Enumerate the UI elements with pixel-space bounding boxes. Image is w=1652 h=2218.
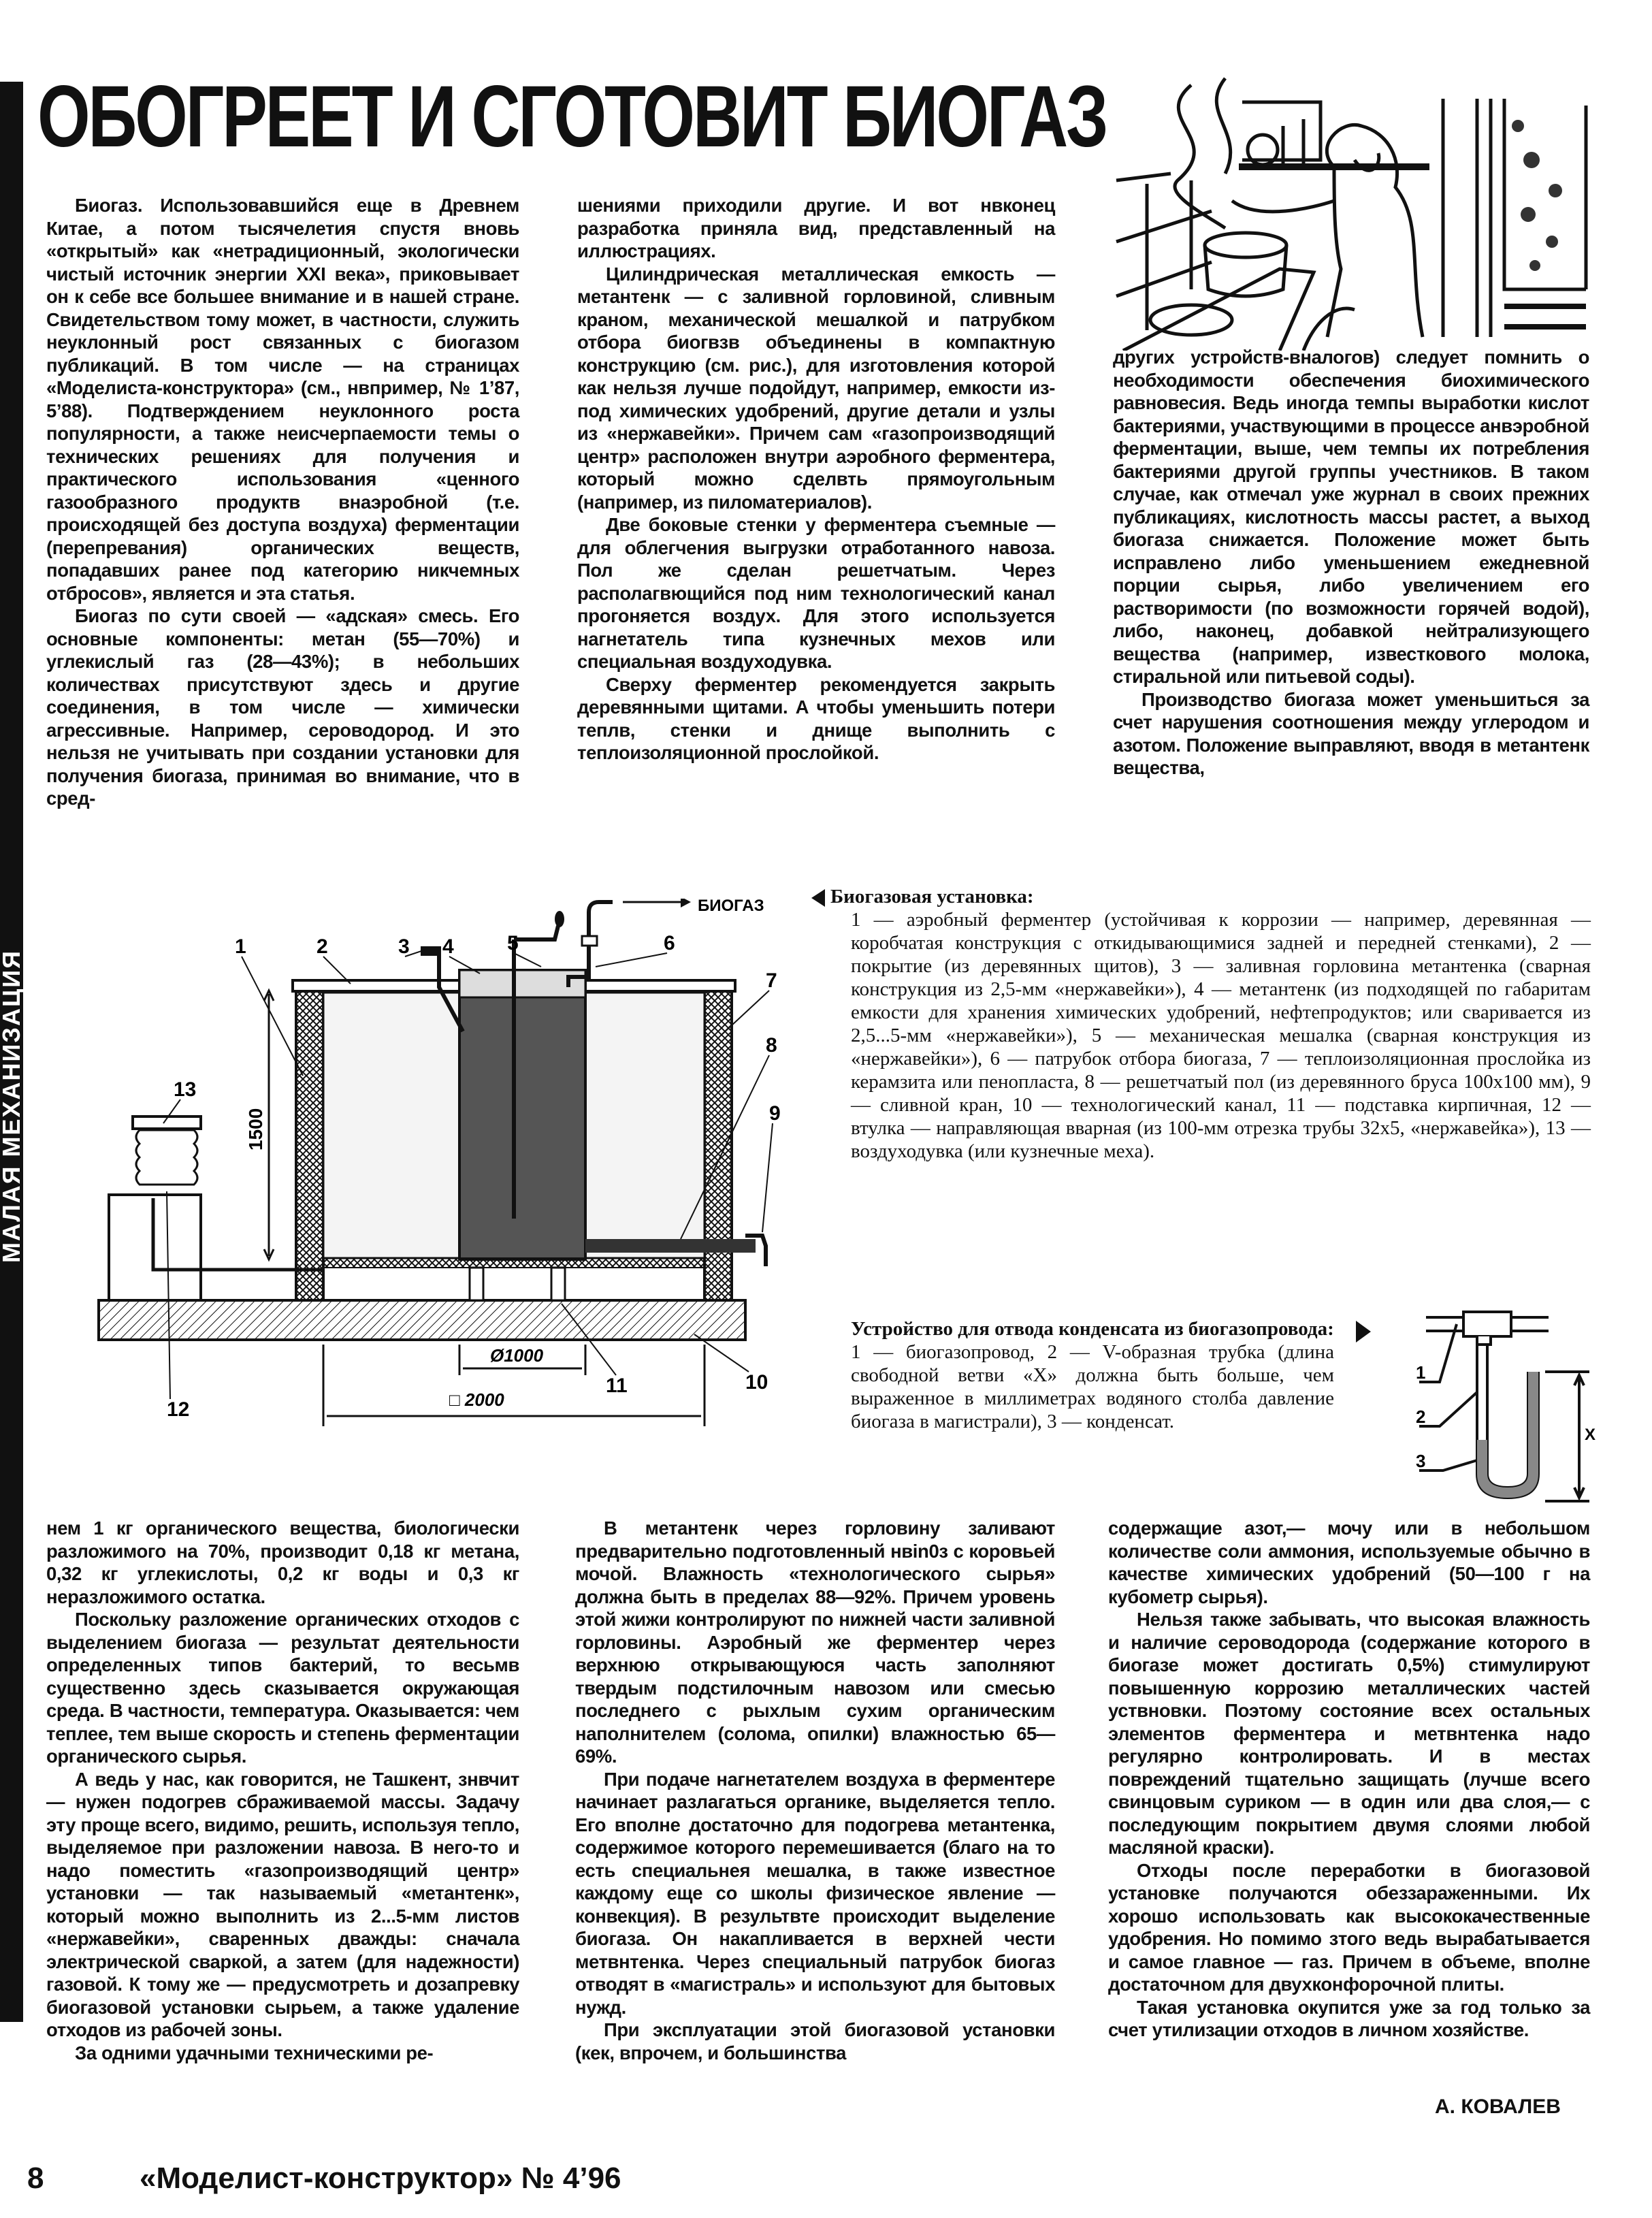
paragraph: нем 1 кг органического вещества, биологи… [46,1517,519,1608]
paragraph: шениями приходили другие. И вот нвконец … [577,194,1055,263]
figure-main-caption: Биогазовая установка: 1 — аэробный ферме… [811,885,1591,1163]
part-label: 3 [398,935,410,958]
paragraph: Нельзя также забывать, что высокая влажн… [1108,1608,1590,1859]
arrow-right-icon [1356,1321,1371,1343]
condensate-trap-diagram: 1 2 3 X [1392,1304,1623,1508]
section-label-text: МАЛАЯ МЕХАНИЗАЦИЯ [0,950,26,1263]
paragraph: А ведь у нас, как говорится, не Ташкент,… [46,1768,519,2042]
part-label: 13 [174,1078,196,1101]
author-name: А. КОВАЛЕВ [1435,2095,1561,2119]
paragraph: Биогаз. Использовавшийся еще в Древнем К… [46,194,519,605]
column-top-3: других устройств-вналогов) следует помни… [1113,346,1589,779]
paragraph: В метантенк через горловину заливают пре… [575,1517,1055,1768]
paragraph: При эксплуатации этой биогазовой установ… [575,2019,1055,2064]
paragraph: Отходы после переработки в биогазовой ус… [1108,1859,1590,1996]
part-label: 12 [167,1398,189,1421]
column-bottom-3: содержащие азот,— мочу или в небольшом к… [1108,1517,1590,2042]
height-dimension: 1500 [245,1108,266,1151]
column-top-1: Биогаз. Использовавшийся еще в Древнем К… [46,194,519,810]
part-label: 8 [766,1034,777,1057]
part-label: 7 [766,969,777,992]
part-label: 1 [1416,1362,1425,1383]
figure-main-caption-title: Биогазовая установка: [811,885,1591,908]
part-label: 3 [1416,1451,1425,1471]
paragraph: При подаче нагнетателем воздуха в фермен… [575,1768,1055,2019]
paragraph: За одними удачными техническими ре- [46,2042,519,2065]
part-label: 11 [606,1375,628,1397]
width-dimension: □ 2000 [449,1389,504,1410]
figure-main-caption-body: 1 — аэробный ферментер (устойчивая к кор… [811,908,1591,1163]
figure-condensate-caption-body: 1 — биогазопровод, 2 — V-образная трубка… [851,1340,1334,1433]
figure-condensate-caption: Устройство для отвода конденсата из биог… [851,1317,1334,1433]
part-label: 4 [442,935,454,958]
part-label: 1 [235,935,246,958]
paragraph: Такая установка окупится уже за год толь… [1108,1996,1590,2042]
paragraph: содержащие азот,— мочу или в небольшом к… [1108,1517,1590,1608]
part-label: 5 [507,932,519,954]
caption-title-text: Биогазовая установка: [830,886,1034,907]
section-label: МАЛАЯ МЕХАНИЗАЦИЯ [0,916,23,1297]
part-label: 10 [745,1371,768,1394]
article-title: ОБОГРЕЕТ И СГОТОВИТ БИОГАЗ [37,74,1106,161]
paragraph: Сверху ферментер рекомендуется закрыть д… [577,673,1055,765]
arrow-left-icon [811,889,825,907]
paragraph: других устройств-вналогов) следует помни… [1113,346,1589,688]
paragraph: Поскольку разложение органических отходо… [46,1608,519,1768]
paragraph: Производство биогаза может уменьшиться з… [1113,688,1589,779]
paragraph: Две боковые стенки у ферментера съемные … [577,513,1055,673]
column-bottom-1: нем 1 кг органического вещества, биологи… [46,1517,519,2064]
figure-condensate-caption-title: Устройство для отвода конденсата из биог… [851,1317,1334,1340]
biogas-installation-diagram: БИОГАЗ 1500 Ø1000 □ 2000 1 2 3 4 5 6 7 8… [88,899,824,1430]
page-number: 8 [27,2161,44,2196]
magazine-issue: «Моделист-конструктор» № 4’96 [140,2161,621,2196]
column-bottom-2: В метантенк через горловину заливают пре… [575,1517,1055,2064]
part-label: 6 [664,932,675,954]
part-label: 2 [1416,1407,1425,1427]
dimension-x-label: X [1585,1426,1596,1444]
column-top-2: шениями приходили другие. И вот нвконец … [577,194,1055,765]
diameter-dimension: Ø1000 [490,1345,544,1366]
biogas-out-label: БИОГАЗ [698,899,764,915]
part-label: 9 [769,1102,781,1125]
paragraph: Цилиндрическая металлическая емкость — м… [577,263,1055,514]
cooking-illustration [1110,65,1647,351]
part-label: 2 [317,935,328,958]
paragraph: Биогаз по сути своей — «адская» смесь. Е… [46,605,519,810]
